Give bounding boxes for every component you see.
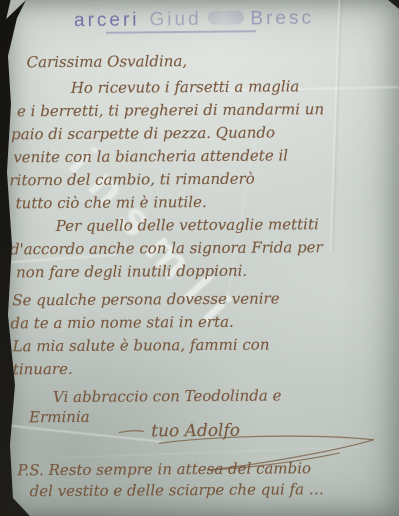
letter-photograph: insmli arceri Giud Bresc Carissima Osval… bbox=[0, 0, 399, 516]
letter-line: tinuare. bbox=[13, 360, 73, 378]
letter-line: venite con la biancheria attendete il bbox=[13, 146, 288, 166]
handwritten-letter-body: Carissima Osvaldina, Ho ricevuto i farse… bbox=[0, 0, 399, 516]
letter-line: Per quello delle vettovaglie mettiti bbox=[56, 215, 319, 235]
letter-line: e i berretti, ti pregherei di mandarmi u… bbox=[17, 100, 324, 120]
letter-line: La mia salute è buona, fammi con bbox=[13, 336, 270, 356]
letter-line: Se qualche persona dovesse venire bbox=[12, 289, 279, 309]
letter-line: tutto ciò che mi è inutile. bbox=[16, 193, 207, 212]
letter-line: ritorno del cambio, ti rimanderò bbox=[9, 170, 254, 190]
letter-line: da te a mio nome stai in erta. bbox=[10, 313, 233, 333]
letter-line: non fare degli inutili doppioni. bbox=[16, 262, 247, 282]
postscript-line: del vestito e delle sciarpe che qui fa … bbox=[30, 480, 324, 500]
signature: tuo Adolfo bbox=[151, 421, 240, 442]
letter-line: paio di scarpette di pezza. Quando bbox=[11, 123, 275, 143]
postscript-line: P.S. Resto sempre in attesa del cambio bbox=[17, 459, 311, 479]
letter-closing-line: Vi abbraccio con Teodolinda e bbox=[53, 386, 282, 406]
letter-salutation: Carissima Osvaldina, bbox=[27, 52, 188, 71]
letter-paper: insmli arceri Giud Bresc Carissima Osval… bbox=[0, 0, 399, 516]
letter-closing-line: Erminia bbox=[29, 408, 90, 426]
letter-line: d'accordo anche con la signora Frida per bbox=[10, 238, 323, 258]
letter-line: Ho ricevuto i farsetti a maglia bbox=[71, 77, 300, 97]
